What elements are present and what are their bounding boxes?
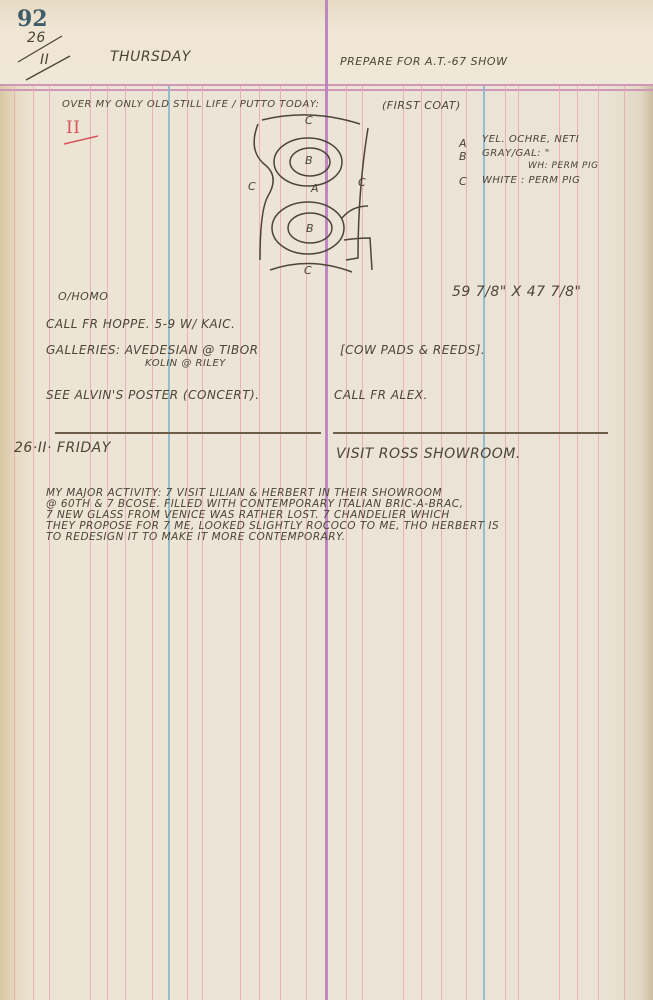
- ledger-page: 92 26 II Thursday Prepare for A.T.-67 Sh…: [0, 0, 653, 1000]
- ledger-line: [403, 86, 404, 1000]
- entry-divider-right: [333, 432, 608, 434]
- entry1-poster-line-2: Call Fr Alex.: [334, 388, 428, 402]
- entry1-heading-right: Prepare for A.T.-67 Show: [340, 55, 507, 68]
- entry1-galleries-line: Galleries: Avedesian @ Tibor: [46, 343, 258, 357]
- entry1-galleries-line-2: Kolin @ Riley: [145, 358, 226, 369]
- ledger-line: [49, 86, 50, 1000]
- entry1-date-day: 26: [27, 30, 46, 46]
- ledger-line-blue: [483, 86, 485, 1000]
- sketch-label-bottom: c: [304, 264, 312, 277]
- legend-text-c: White : Perm Pig: [482, 175, 580, 186]
- legend-text-b2: Wh: Perm Pig: [528, 161, 599, 171]
- medium-note: O/Homo: [58, 290, 108, 303]
- ledger-line: [33, 86, 34, 1000]
- entry2-heading-right: Visit Ross Showroom.: [336, 446, 521, 462]
- sketch-label-upper-oval: b: [305, 154, 313, 167]
- ledger-line: [577, 86, 578, 1000]
- red-underline: [62, 134, 102, 146]
- ledger-line: [518, 86, 519, 1000]
- ledger-line: [14, 86, 15, 1000]
- sketch-label-right: c: [358, 176, 366, 189]
- ledger-line-blue: [168, 86, 170, 1000]
- entry1-line1-note: (First Coat): [382, 99, 461, 112]
- entry1-call-line: Call Fr Hoppe. 5-9 w/ Kaic.: [46, 317, 235, 331]
- entry2-date: 26·II· Friday: [14, 440, 111, 456]
- ledger-line: [598, 86, 599, 1000]
- ledger-line: [90, 86, 91, 1000]
- legend-text-a: Yel. Ochre, Neti: [482, 134, 579, 145]
- ledger-line: [441, 86, 442, 1000]
- entry1-date-month: II: [40, 52, 49, 68]
- ledger-line: [559, 86, 560, 1000]
- entry1-weekday: Thursday: [110, 49, 191, 65]
- ledger-line: [202, 86, 203, 1000]
- sketch-label-lower-oval: b: [306, 222, 314, 235]
- sketch-label-top: c: [305, 114, 313, 127]
- legend-key-c: c: [459, 175, 467, 188]
- ledger-line: [421, 86, 422, 1000]
- ledger-line: [466, 86, 467, 1000]
- entry1-galleries-note: [Cow pads & reeds].: [340, 343, 485, 357]
- ledger-line: [152, 86, 153, 1000]
- legend-key-b: b: [459, 150, 467, 163]
- painting-sketch-diagram: [240, 110, 390, 280]
- entry2-body: My major activity: 7 visit Lilian & Herb…: [46, 488, 606, 543]
- entry-divider-left: [55, 432, 321, 434]
- sketch-label-center: a: [311, 182, 319, 195]
- entry2-body-line: to redesign it to make it more contempor…: [46, 532, 606, 543]
- legend-key-a: a: [459, 137, 467, 150]
- painting-dimensions: 59 7/8" x 47 7/8": [452, 284, 581, 300]
- ledger-line: [187, 86, 188, 1000]
- sketch-label-left: c: [248, 180, 256, 193]
- entry1-line1: Over my only old Still Life / Putto toda…: [62, 99, 319, 110]
- ledger-line: [125, 86, 126, 1000]
- ledger-line: [107, 86, 108, 1000]
- ledger-line: [624, 86, 625, 1000]
- legend-text-b: Gray/Gal: ": [482, 148, 550, 159]
- ledger-line: [505, 86, 506, 1000]
- entry1-poster-line: See Alvin's Poster (Concert).: [46, 388, 260, 402]
